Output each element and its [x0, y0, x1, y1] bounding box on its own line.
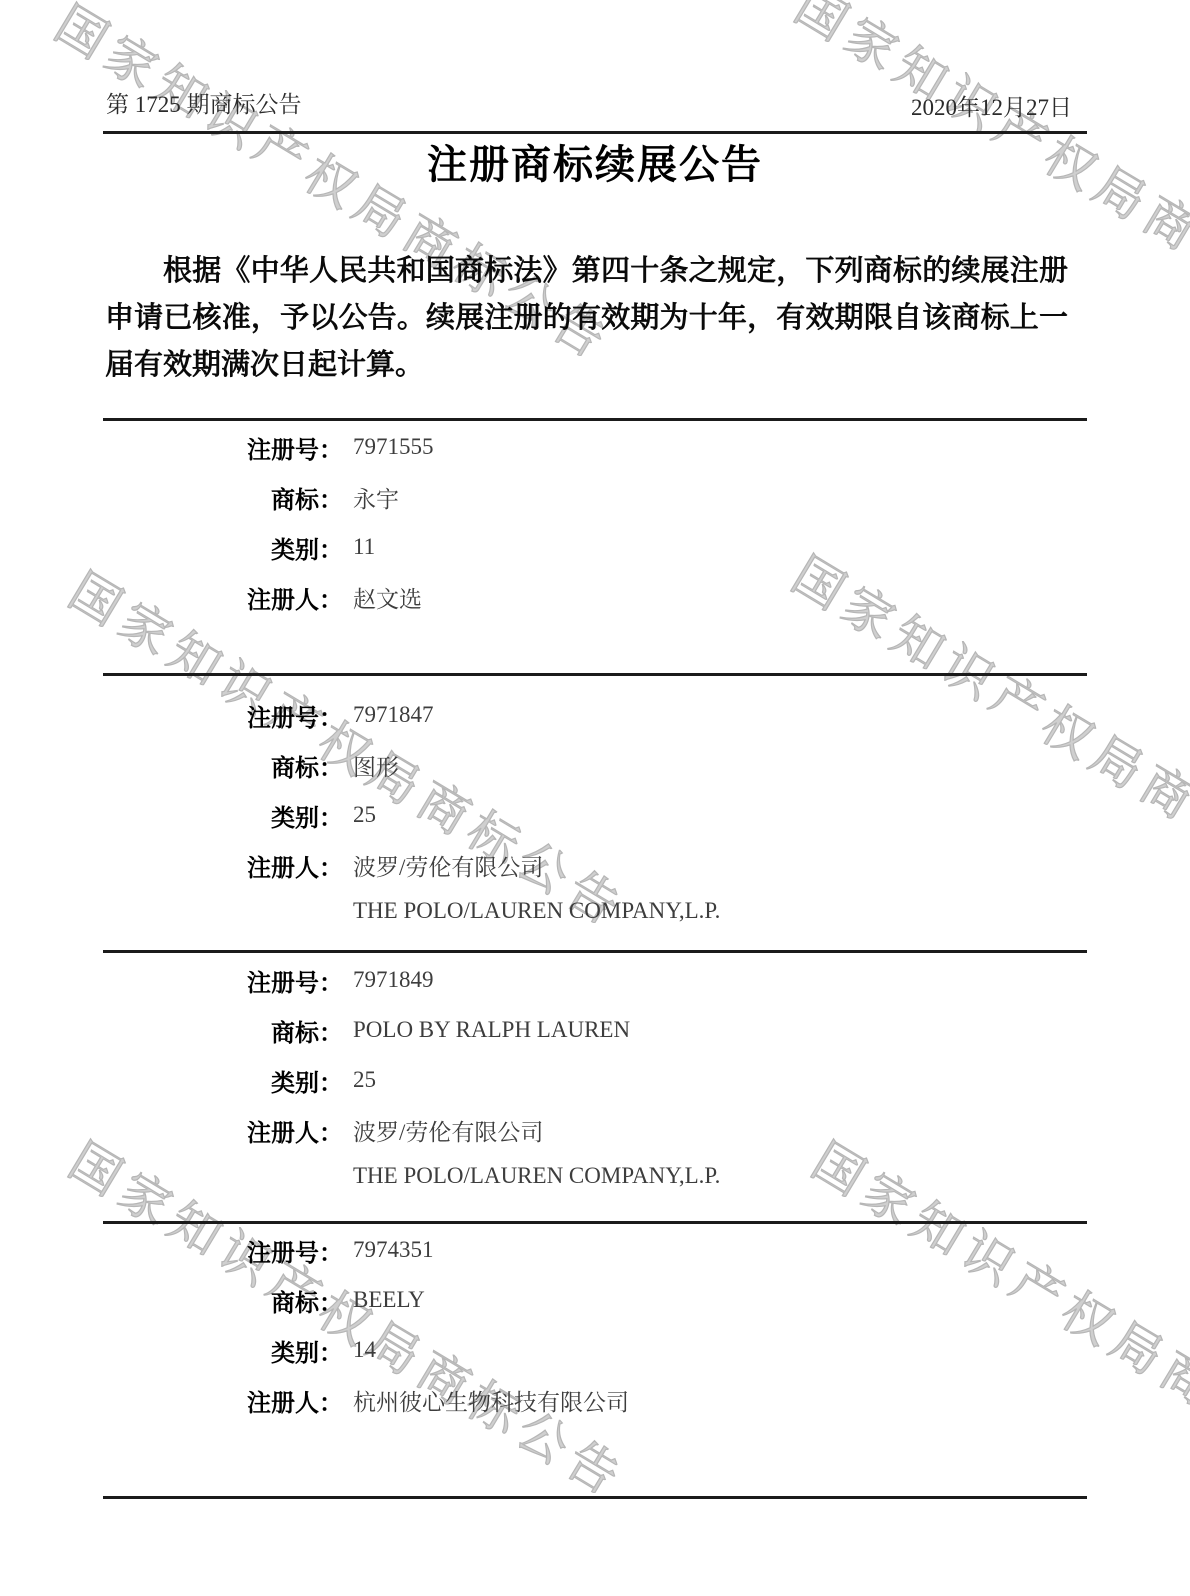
entry-separator-rule: [103, 418, 1087, 421]
field-value-registrant: 杭州彼心生物科技有限公司: [343, 1384, 629, 1417]
field-label-class: 类别：: [103, 1333, 343, 1368]
entry-row-class: 类别： 11: [103, 522, 1087, 572]
field-value-class: 11: [343, 534, 375, 560]
entry-block-4: 注册号： 7974351 商标： BEELY 类别： 14 注册人： 杭州彼心生…: [103, 1225, 1087, 1425]
entry-row-class: 类别： 14: [103, 1325, 1087, 1375]
entry-separator-rule: [103, 1221, 1087, 1224]
document-page: 国家知识产权局商标公告 国家知识产权局商标公告 国家知识产权局商标公告 国家知识…: [0, 0, 1190, 1596]
entry-row-class: 类别： 25: [103, 1055, 1087, 1105]
field-label-registrant: 注册人：: [103, 1383, 343, 1418]
field-value-registrant-en: THE POLO/LAUREN COMPANY,L.P.: [103, 890, 1087, 932]
entry-row-mark: 商标： 永宇: [103, 472, 1087, 522]
page-content: 第 1725 期商标公告 2020年12月27日 注册商标续展公告 根据《中华人…: [0, 0, 1190, 1596]
field-label-class: 类别：: [103, 1063, 343, 1098]
entry-row-mark: 商标： BEELY: [103, 1275, 1087, 1325]
field-value-class: 25: [343, 802, 376, 828]
field-value-regno: 7971847: [343, 702, 434, 728]
field-value-registrant: 波罗/劳伦有限公司: [343, 849, 543, 882]
field-label-registrant: 注册人：: [103, 848, 343, 883]
field-label-registrant: 注册人：: [103, 1113, 343, 1148]
entry-block-2: 注册号： 7971847 商标： 图形 类别： 25 注册人： 波罗/劳伦有限公…: [103, 690, 1087, 932]
entry-row-regno: 注册号： 7971555: [103, 422, 1087, 472]
page-title: 注册商标续展公告: [0, 143, 1190, 187]
entry-row-class: 类别： 25: [103, 790, 1087, 840]
header-issue-label: 第 1725 期商标公告: [106, 91, 302, 119]
field-value-registrant: 赵文选: [343, 581, 422, 614]
entry-row-registrant: 注册人： 波罗/劳伦有限公司: [103, 840, 1087, 890]
entry-row-mark: 商标： POLO BY RALPH LAUREN: [103, 1005, 1087, 1055]
field-value-registrant-en: THE POLO/LAUREN COMPANY,L.P.: [103, 1155, 1087, 1197]
entry-row-regno: 注册号： 7971847: [103, 690, 1087, 740]
field-label-mark: 商标：: [103, 1283, 343, 1318]
entry-block-1: 注册号： 7971555 商标： 永宇 类别： 11 注册人： 赵文选: [103, 422, 1087, 622]
field-value-mark: BEELY: [343, 1287, 425, 1313]
field-label-class: 类别：: [103, 530, 343, 565]
field-value-registrant: 波罗/劳伦有限公司: [343, 1114, 543, 1147]
entry-block-3: 注册号： 7971849 商标： POLO BY RALPH LAUREN 类别…: [103, 955, 1087, 1197]
field-value-class: 25: [343, 1067, 376, 1093]
header-rule: [103, 131, 1087, 134]
entry-row-registrant: 注册人： 杭州彼心生物科技有限公司: [103, 1375, 1087, 1425]
entry-separator-rule: [103, 950, 1087, 953]
field-label-mark: 商标：: [103, 1013, 343, 1048]
field-value-mark: 永宇: [343, 481, 399, 514]
field-label-mark: 商标：: [103, 748, 343, 783]
field-value-mark: 图形: [343, 749, 399, 782]
entry-row-registrant: 注册人： 赵文选: [103, 572, 1087, 622]
field-value-regno: 7971849: [343, 967, 434, 993]
entry-row-regno: 注册号： 7971849: [103, 955, 1087, 1005]
field-label-regno: 注册号：: [103, 698, 343, 733]
entry-row-registrant: 注册人： 波罗/劳伦有限公司: [103, 1105, 1087, 1155]
field-label-registrant: 注册人：: [103, 580, 343, 615]
header-date: 2020年12月27日: [911, 94, 1072, 122]
entry-row-regno: 注册号： 7974351: [103, 1225, 1087, 1275]
field-label-regno: 注册号：: [103, 430, 343, 465]
field-value-regno: 7971555: [343, 434, 434, 460]
entry-separator-rule: [103, 673, 1087, 676]
field-value-class: 14: [343, 1337, 376, 1363]
field-label-regno: 注册号：: [103, 1233, 343, 1268]
field-value-mark: POLO BY RALPH LAUREN: [343, 1017, 630, 1043]
bottom-rule: [103, 1496, 1087, 1499]
field-label-regno: 注册号：: [103, 963, 343, 998]
field-value-regno: 7974351: [343, 1237, 434, 1263]
intro-paragraph: 根据《中华人民共和国商标法》第四十条之规定，下列商标的续展注册申请已核准，予以公…: [105, 248, 1068, 389]
entry-row-mark: 商标： 图形: [103, 740, 1087, 790]
field-label-class: 类别：: [103, 798, 343, 833]
field-label-mark: 商标：: [103, 480, 343, 515]
